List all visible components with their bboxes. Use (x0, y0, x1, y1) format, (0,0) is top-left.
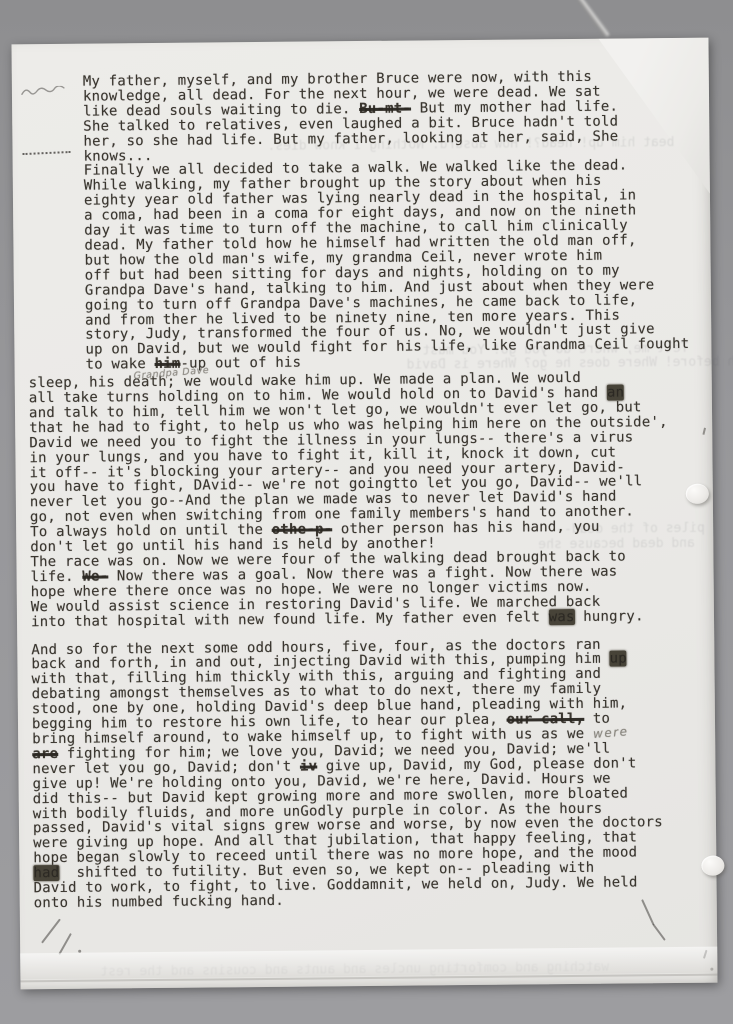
typed-text: My father, myself, and my brother Bruce … (26, 69, 710, 911)
paragraph-block-c: And so for the next some odd hours, five… (31, 636, 710, 911)
smudged-text: up (609, 651, 626, 667)
paragraph-block-b: sleep, his death; we would wake him up. … (29, 370, 707, 630)
scanned-typewritten-page: { "colors":{ "background_gray":"#97979a"… (0, 0, 733, 1024)
paper-sheet: beat him up! head?! How absurd. Nothing … (11, 38, 717, 990)
struck-text: are (32, 746, 58, 762)
pencil-stroke (652, 924, 666, 941)
paragraph-block-a: My father, myself, and my brother Bruce … (83, 69, 705, 373)
crease-line (489, 0, 610, 38)
text-run: onto his numbed fucking hand. (34, 893, 284, 911)
handwritten-inline: were (592, 724, 629, 742)
struck-text: We- (82, 568, 108, 584)
text-run: hungry. (575, 608, 644, 625)
smudged-text: an (607, 385, 624, 401)
pencil-stroke (41, 919, 61, 944)
smudged-text: was (549, 609, 575, 625)
text-line: to wake him-up out of hisGrandpa Dave (85, 352, 704, 373)
text-run: to (584, 711, 610, 727)
pencil-stroke (58, 933, 72, 955)
struck-text: iv (300, 758, 317, 774)
smudged-text: had (33, 865, 59, 881)
